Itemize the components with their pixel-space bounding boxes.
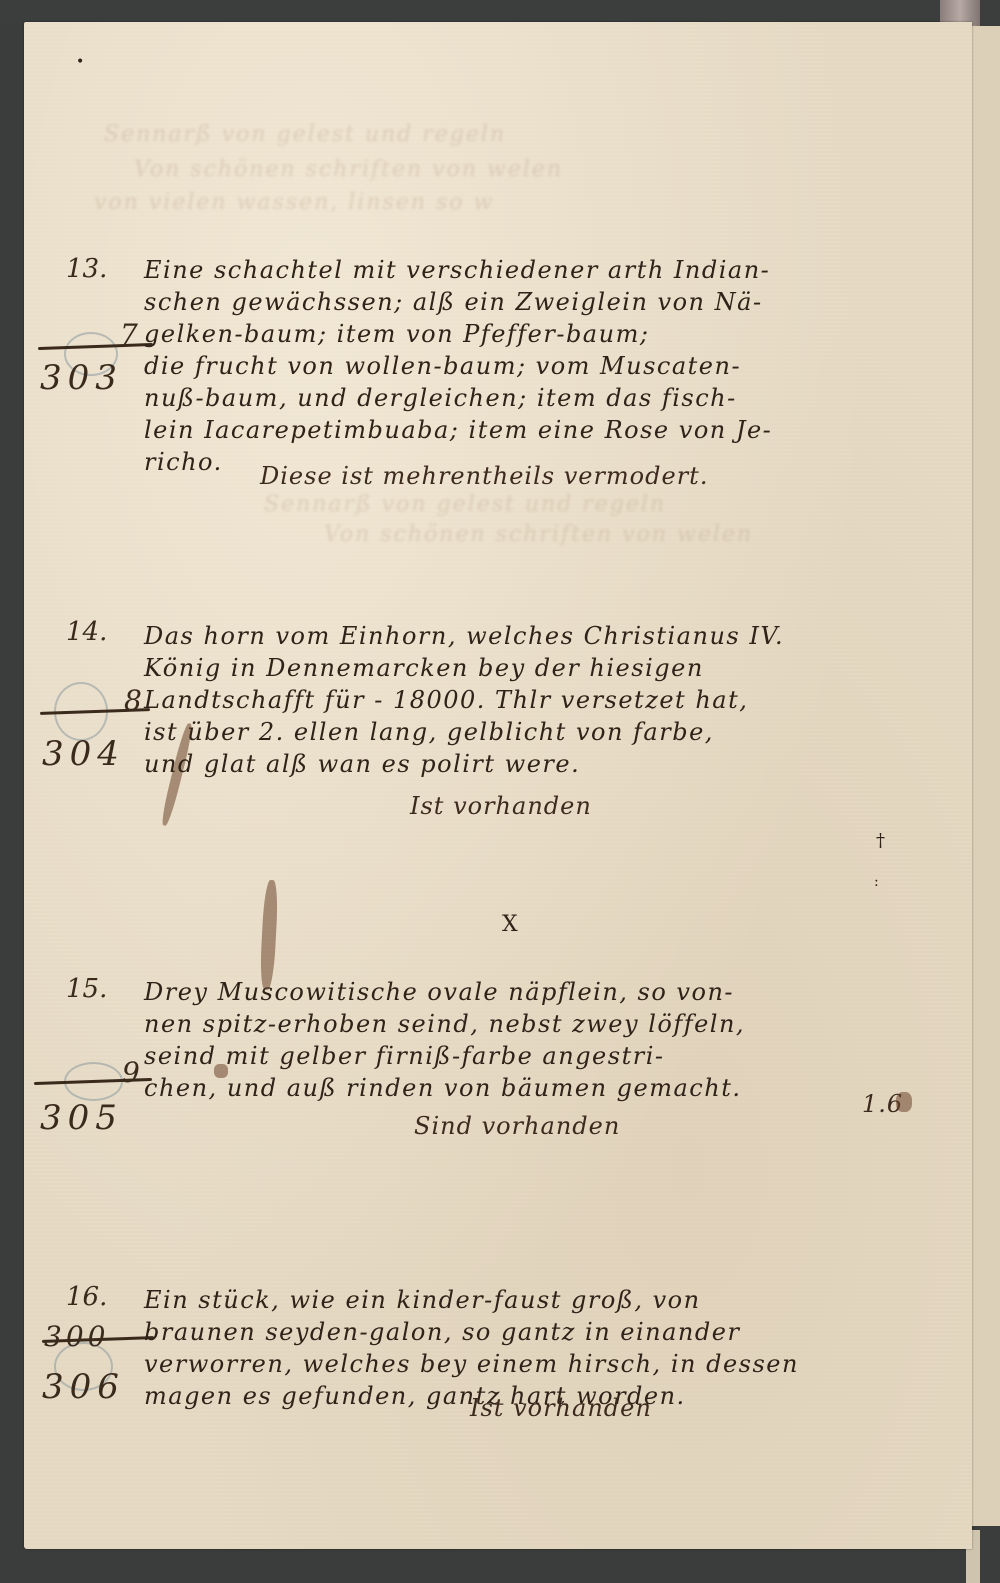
ink-blot <box>896 1092 912 1112</box>
entry-line: schen gewächssen; alß ein Zweiglein von … <box>144 286 959 318</box>
entry-line: chen, und auß rinden von bäumen gemacht. <box>144 1072 959 1104</box>
condition-remark: Ist vorhanden <box>470 1394 652 1422</box>
entry-text: Drey Muscowitische ovale näpflein, so vo… <box>144 976 959 1104</box>
entry-line: verworren, welches bey einem hirsch, in … <box>144 1348 959 1380</box>
entry-line: seind mit gelber firniß-farbe angestri- <box>144 1040 959 1072</box>
entry-line: nen spitz-erhoben seind, nebst zwey löff… <box>144 1008 959 1040</box>
manuscript-page: Sennarß von gelest und regeln Von schöne… <box>24 22 972 1549</box>
new-number: 306 <box>42 1367 125 1407</box>
entry-line: lein Iacarepetimbuaba; item eine Rose vo… <box>144 414 959 446</box>
scanner-background-top <box>0 0 1000 24</box>
entry-line: Landtschafft für - 18000. Thlr versetzet… <box>144 684 959 716</box>
ink-mark: : <box>874 874 879 890</box>
new-number: 303 <box>40 358 123 398</box>
bleed-through-line: Sennarß von gelest und regeln <box>264 492 666 517</box>
old-number: 8 <box>124 684 142 717</box>
bleed-through-line: Von schönen schriften von welen <box>324 522 753 547</box>
bleed-through-line: Von schönen schriften von welen <box>134 157 563 182</box>
entry-line: König in Dennemarcken bey der hiesigen <box>144 652 959 684</box>
ink-stain <box>259 880 279 991</box>
entry-number: 14. <box>66 617 107 647</box>
ink-mark: † <box>876 830 885 851</box>
entry-line: Ein stück, wie ein kinder-faust groß, vo… <box>144 1284 959 1316</box>
entry-text: Ein stück, wie ein kinder-faust groß, vo… <box>144 1284 959 1412</box>
entry-line: Eine schachtel mit verschiedener arth In… <box>144 254 959 286</box>
old-number: 300 <box>44 1320 109 1353</box>
entry-line: Das horn vom Einhorn, welches Christianu… <box>144 620 959 652</box>
old-number: 7 <box>120 318 138 351</box>
entry-line: und glat alß wan es polirt were. <box>144 748 959 780</box>
ink-dot: • <box>76 54 84 70</box>
condition-remark: Diese ist mehrentheils vermodert. <box>260 462 708 490</box>
new-number: 304 <box>42 734 125 774</box>
entry-line: die frucht von wollen-baum; vom Muscaten… <box>144 350 959 382</box>
entry-number: 15. <box>66 974 107 1004</box>
entry-line: ist über 2. ellen lang, gelblicht von fa… <box>144 716 959 748</box>
condition-remark: Ist vorhanden <box>410 792 592 820</box>
entry-number: 13. <box>66 254 107 284</box>
entry-line: Drey Muscowitische ovale näpflein, so vo… <box>144 976 959 1008</box>
bleed-through-line: von vielen wassen, linsen so w <box>94 190 494 215</box>
ink-blot <box>214 1064 228 1078</box>
entry-text: Eine schachtel mit verschiedener arth In… <box>144 254 959 478</box>
entry-number: 16. <box>66 1282 107 1312</box>
entry-text: Das horn vom Einhorn, welches Christianu… <box>144 620 959 780</box>
old-number: 9 <box>122 1056 140 1089</box>
new-number: 305 <box>40 1098 123 1138</box>
entry-line: gelken-baum; item von Pfeffer-baum; <box>144 318 959 350</box>
section-mark: X <box>502 912 518 937</box>
entry-line: braunen seyden-galon, so gantz in einand… <box>144 1316 959 1348</box>
condition-remark: Sind vorhanden <box>414 1112 620 1140</box>
entry-line: nuß-baum, und dergleichen; item das fisc… <box>144 382 959 414</box>
bleed-through-line: Sennarß von gelest und regeln <box>104 122 506 147</box>
